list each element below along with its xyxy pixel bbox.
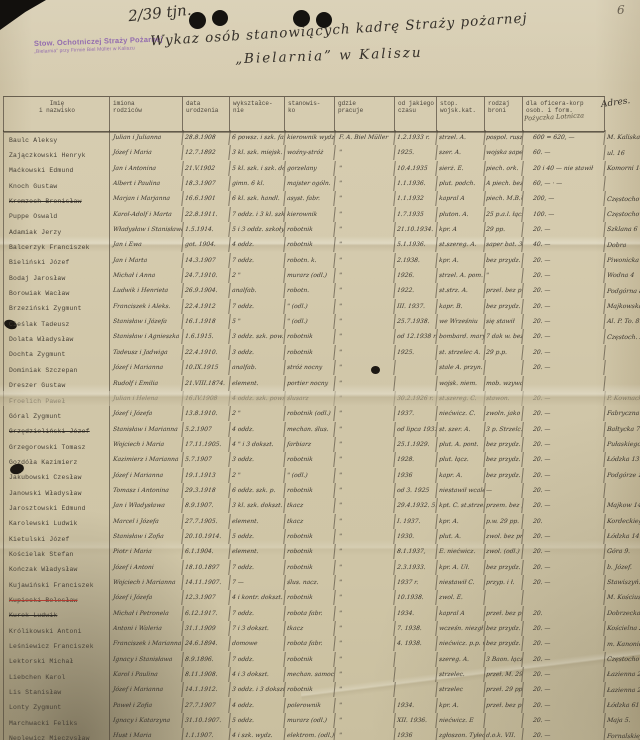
table-row: Kończak Władysław Józef i Antoni 18.10.1… <box>3 560 640 575</box>
workplace-cell: " <box>334 268 396 283</box>
parents-cell: Albert i Paulina <box>109 176 184 191</box>
name-cell: Neplewicz Mieczysław <box>3 728 110 740</box>
arm-type-cell: — <box>484 483 524 498</box>
military-rank-cell: niestawił C. <box>436 575 486 590</box>
table-row: Liebchen Karol Karol i Paulina 8.11.1908… <box>3 667 640 682</box>
arm-type-cell: bez przydz. <box>484 621 524 636</box>
address-cell: Łódzka 13. <box>605 452 640 467</box>
birthdate-cell: 13.8.1910. <box>182 406 231 421</box>
position-cell: robota fabr. <box>284 636 336 651</box>
military-rank-cell: strzelec. <box>436 667 486 682</box>
workplace-cell: " <box>334 345 396 360</box>
military-rank-cell: plut. podch. <box>436 176 486 191</box>
arm-type-cell: bez przydz. <box>484 636 524 651</box>
name-cell: Cieślak Tadeusz <box>3 314 110 329</box>
birthdate-cell: 14.11.1907. <box>182 575 231 590</box>
officer-sum-cell: 20. — <box>522 360 606 375</box>
parents-cell: Ignacy i Katarzyna <box>109 713 184 728</box>
workplace-cell: " <box>334 652 396 667</box>
address-cell: Dobra <box>605 237 640 252</box>
address-cell <box>605 176 640 191</box>
officer-sum-cell: 600 = 620, — <box>522 130 606 145</box>
military-rank-cell: niećwicz. p.p. w. <box>436 636 486 651</box>
birthdate-cell: 24.7.1910. <box>182 268 231 283</box>
parents-cell: Piotr i Maria <box>109 544 184 559</box>
military-rank-cell: wcześn. niezgł. <box>436 621 486 636</box>
table-row: Bodaj Jarosław Michał i Anna 24.7.1910. … <box>3 268 640 283</box>
table-row: Marchwacki Feliks Ignacy i Katarzyna 31.… <box>3 713 640 728</box>
military-rank-cell: niećwicz. E <box>436 713 486 728</box>
since-cell: 25.7.1938. <box>394 314 438 329</box>
military-rank-cell: we Wrześniu <box>436 314 486 329</box>
education-cell: element. <box>229 514 286 529</box>
parents-cell: Jan i Władysława <box>109 498 184 513</box>
workplace-cell: " <box>334 176 396 191</box>
since-cell: 2.3.1933. <box>394 560 438 575</box>
table-row: Jakubowski Czesław Józef i Marianna 19.1… <box>3 468 640 483</box>
table-row: Dreszer Gustaw Rudolf i Emilia 21.VIII.1… <box>3 376 640 391</box>
birthdate-cell: 22.8.1911. <box>182 207 231 222</box>
military-rank-cell: st.szereg. A. <box>436 237 486 252</box>
position-cell: " (odl.) <box>284 314 336 329</box>
since-cell: 1934. <box>394 698 438 713</box>
education-cell: 5 oddz. <box>229 529 286 544</box>
position-cell: woźny-stróż <box>284 145 336 160</box>
since-cell: 4. 1938. <box>394 636 438 651</box>
parents-cell: Jan i Ewa <box>109 237 184 252</box>
parents-cell: Julian i Julianna <box>109 130 184 145</box>
officer-sum-cell: 20. — <box>522 621 606 636</box>
workplace-cell: " <box>334 422 396 437</box>
officer-sum-cell: 60, — · — <box>522 176 606 191</box>
arm-type-cell: przeł. bez przydz. <box>484 606 524 621</box>
parents-cell: Józef i Marianna <box>109 468 184 483</box>
column-header: imiona rodziców <box>110 97 183 131</box>
parents-cell: Marcel i Józefa <box>109 514 184 529</box>
officer-sum-cell: 20. — <box>522 345 606 360</box>
parents-cell: Wojciech i Maria <box>109 437 184 452</box>
birthdate-cell: 8.9.1907. <box>182 498 231 513</box>
address-column-label: Adres. <box>600 96 630 110</box>
scanned-document-page: 2/39 tjn. 6 Stow. Ochotniczej Straży Poż… <box>0 0 640 740</box>
education-cell: 2 " <box>229 468 286 483</box>
position-cell: portier nocny <box>284 376 336 391</box>
table-row: Neplewicz Mieczysław Hust i Maria 1.1.19… <box>3 728 640 740</box>
birthdate-cell: 1.5.1914. <box>182 222 231 237</box>
arm-type-cell: zwoln. jako niezdol. <box>484 406 524 421</box>
birthdate-cell: 16.6.1901 <box>182 191 231 206</box>
arm-type-cell <box>484 360 524 375</box>
parents-cell: Józef i Antoni <box>109 560 184 575</box>
workplace-cell: " <box>334 222 396 237</box>
arm-type-cell: bez przydz. <box>484 560 524 575</box>
workplace-cell: " <box>334 483 396 498</box>
officer-sum-cell: 20. — <box>522 329 606 344</box>
officer-sum-cell: 20. — <box>522 652 606 667</box>
workplace-cell: " <box>334 314 396 329</box>
education-cell: 3 oddz. <box>229 452 286 467</box>
column-header: gdzie pracuje <box>335 97 395 131</box>
position-cell: murarz (odl.) <box>284 713 336 728</box>
since-cell <box>394 652 438 667</box>
workplace-cell: " <box>334 360 396 375</box>
arm-type-cell <box>484 713 524 728</box>
workplace-cell: " <box>334 636 396 651</box>
education-cell: 6 powsz. i szk. fabr. w Niemczech <box>229 130 286 145</box>
table-row: Adamiak Jerzy Władysław i Stanisława 1.5… <box>3 222 640 237</box>
education-cell: 4 " i 3 dokszt. <box>229 437 286 452</box>
column-header: Imię i nazwisko <box>3 97 110 131</box>
military-rank-cell: szereg. A. <box>436 652 486 667</box>
name-cell: Maćkowski Edmund <box>3 161 110 176</box>
name-cell: Grzegorowski Tomasz <box>3 437 110 452</box>
education-cell: analfab. <box>229 360 286 375</box>
education-cell: 4 oddz. <box>229 237 286 252</box>
birthdate-cell: 31.1.1909 <box>182 621 231 636</box>
workplace-cell: " <box>334 376 396 391</box>
name-cell: Kończak Władysław <box>3 560 110 575</box>
officer-sum-cell: 200, — <box>522 191 606 206</box>
address-cell: Al. P. To. 8. <box>605 314 640 329</box>
officer-sum-cell: 20. — <box>522 483 606 498</box>
education-cell: 2 " <box>229 268 286 283</box>
education-cell: 5 i 3 oddz. szkoły <box>229 222 286 237</box>
arm-type-cell: mob. wzywać <box>484 376 524 391</box>
address-cell: Bałtycka 7 <box>605 422 640 437</box>
workplace-cell: " <box>334 621 396 636</box>
table-row: Kościelak Stefan Piotr i Maria 6.1.1904.… <box>3 544 640 559</box>
position-cell: mechan. ślus. <box>284 422 336 437</box>
birthdate-cell: 6.12.1917. <box>182 606 231 621</box>
education-cell: 7 oddz. i 3 kl. szk. handl. <box>229 207 286 222</box>
officer-sum-cell: 20. — <box>522 698 606 713</box>
military-rank-cell: st. szer. A. <box>436 422 486 437</box>
name-cell: Dominiak Szczepan <box>3 360 110 375</box>
workplace-cell: " <box>334 529 396 544</box>
position-cell: kierownik <box>284 207 336 222</box>
parents-cell: Józef i Marianna <box>109 360 184 375</box>
table-row: Karolewski Ludwik Marcel i Józefa 27.7.1… <box>3 514 640 529</box>
arm-type-cell: 3 p. Strzelc. Konnych <box>484 422 524 437</box>
name-cell: Dolata Władysław <box>3 329 110 344</box>
military-rank-cell: niestawił wcale <box>436 483 486 498</box>
workplace-cell: " <box>334 145 396 160</box>
birthdate-cell: 1.6.1915. <box>182 329 231 344</box>
hole-punch-dot <box>212 10 228 26</box>
officer-sum-cell: 20. — <box>522 222 606 237</box>
address-cell: Majkow 14 <box>605 498 640 513</box>
arm-type-cell: się stawił <box>484 314 524 329</box>
officer-sum-cell: 20. — <box>522 498 606 513</box>
address-cell: M. Kościuszki 3 <box>605 590 640 605</box>
birthdate-cell: 17.11.1905. <box>182 437 231 452</box>
table-row: Dolata Władysław Stanisław i Agnieszka 1… <box>3 329 640 344</box>
since-cell: 10.1938. <box>394 590 438 605</box>
since-cell: 1936 <box>394 468 438 483</box>
table-row: Dochta Zygmunt Tadeusz i Jadwiga 22.4.19… <box>3 345 640 360</box>
since-cell <box>394 682 438 697</box>
birthdate-cell: 5.7.1907 <box>182 452 231 467</box>
military-rank-cell: st. strzelec A. <box>436 345 486 360</box>
since-cell: XII. 1936. <box>394 713 438 728</box>
position-cell: " (odl.) <box>284 468 336 483</box>
since-cell: 25.1.1929. <box>394 437 438 452</box>
officer-sum-cell: 20. — <box>522 667 606 682</box>
name-cell: Kurek LudwikKról Tadeusz <box>3 606 110 621</box>
position-cell: robotnik (odl.) <box>284 406 336 421</box>
since-cell: 1936 <box>394 728 438 740</box>
address-cell: Dobrzecka 8. <box>605 606 640 621</box>
birthdate-cell: 21.VIII.1874. <box>182 376 231 391</box>
column-header: stanowis- ko <box>285 97 335 131</box>
arm-type-cell: A piech. bez przydz. <box>484 176 524 191</box>
table-row: Borowiak Wacław Ludwik i Henrieta 26.9.1… <box>3 283 640 298</box>
education-cell: 4 i 3 dokszt. <box>229 667 286 682</box>
name-cell: Lektorski Michał <box>3 652 110 667</box>
arm-type-cell: zwol. bez przydz. <box>484 529 524 544</box>
education-cell: 5 " <box>229 314 286 329</box>
officer-sum-cell <box>522 376 606 391</box>
arm-type-cell: przeł. bez przydz. <box>484 698 524 713</box>
name-cell: Dochta Zygmunt <box>3 345 110 360</box>
officer-sum-cell: 20. — <box>522 452 606 467</box>
position-cell: asyst. fabr. <box>284 191 336 206</box>
education-cell: 6 kl. szk. handl. <box>229 191 286 206</box>
birthdate-cell: 16.IV.1908 <box>182 391 231 406</box>
education-cell: 4 oddz. <box>229 422 286 437</box>
officer-sum-cell: 60. — <box>522 145 606 160</box>
officer-sum-cell: 20. — <box>522 437 606 452</box>
military-rank-cell: plut. A. pont. <box>436 437 486 452</box>
workplace-cell: " <box>334 299 396 314</box>
parents-cell: Jan i Marta <box>109 253 184 268</box>
workplace-cell: " <box>334 575 396 590</box>
workplace-cell: " <box>334 713 396 728</box>
address-cell: Wodna 4 <box>605 268 640 283</box>
education-cell: 3 oddz. i 3 dokszt. <box>229 682 286 697</box>
military-rank-cell: kapr. A. <box>436 468 486 483</box>
military-rank-cell: kapral A <box>436 606 486 621</box>
name-cell: Brzeziński Zygmunt <box>3 299 110 314</box>
birthdate-cell: 28.8.1908 <box>182 130 231 145</box>
birthdate-cell: 8.9.1896. <box>182 652 231 667</box>
name-cell: Dreszer Gustaw <box>3 376 110 391</box>
military-rank-cell: strzelec <box>436 682 486 697</box>
military-rank-cell: kpr. A <box>436 222 486 237</box>
position-cell: robotnik <box>284 560 336 575</box>
table-row: Królikowski Antoni Antoni i Waleria 31.1… <box>3 621 640 636</box>
name-cell: Zajączkowski Henryk <box>3 145 110 160</box>
position-cell: robotnik <box>284 222 336 237</box>
address-cell: Częstochow. <box>605 207 640 222</box>
arm-type-cell: przyp. i ł. <box>484 575 524 590</box>
birthdate-cell: 10.IX.1915 <box>182 360 231 375</box>
table-row: Leśniewicz Franciszek Franciszek i Maria… <box>3 636 640 651</box>
education-cell: 2 " <box>229 406 286 421</box>
address-cell: Maja 5. <box>605 713 640 728</box>
address-cell: Piwonicka 2 <box>605 253 640 268</box>
parents-cell: Tadeusz i Jadwiga <box>109 345 184 360</box>
table-row: Froelich Paweł Julian i Helena 16.IV.190… <box>3 391 640 406</box>
arm-type-cell: bez przydz. mob. <box>484 468 524 483</box>
table-row: Knoch Gustaw Albert i Paulina 18.3.1907 … <box>3 176 640 191</box>
birthdate-cell: 24.6.1894. <box>182 636 231 651</box>
arm-type-cell: piech. ork. <box>484 161 524 176</box>
since-cell: 2.1938. <box>394 253 438 268</box>
address-cell <box>605 345 640 360</box>
parents-cell: Antoni i Waleria <box>109 621 184 636</box>
parents-cell: Tomasz i Antonina <box>109 483 184 498</box>
birthdate-cell: 18.10.1897 <box>182 560 231 575</box>
name-cell: Knoch Gustaw <box>3 176 110 191</box>
address-cell: Łódzka 61 <box>605 698 640 713</box>
arm-type-cell: 7 dak w. bez przydział <box>484 329 524 344</box>
position-cell: robotn. k. <box>284 253 336 268</box>
address-cell: Majkowska 15 <box>605 299 640 314</box>
education-cell: 7 oddz. <box>229 253 286 268</box>
officer-sum-cell: 20. — <box>522 314 606 329</box>
military-rank-cell: strzel. A. pom. <box>436 268 486 283</box>
table-row: Kujawiński Franciszek Wojciech i Mariann… <box>3 575 640 590</box>
officer-sum-cell: 20. — <box>522 253 606 268</box>
birthdate-cell: 19.1.1913 <box>182 468 231 483</box>
since-cell: 7. 1938. <box>394 621 438 636</box>
military-rank-cell: szer. A. <box>436 145 486 160</box>
address-cell: Podgórze 13 <box>605 468 640 483</box>
officer-sum-cell: 20. — <box>522 560 606 575</box>
birthdate-cell: 14.1.1912. <box>182 682 231 697</box>
name-cell: Kietulski Józef <box>3 529 110 544</box>
table-row: Baulc Aleksy Julian i Julianna 28.8.1908… <box>3 130 640 145</box>
military-rank-cell: kapr. B. <box>436 299 486 314</box>
arm-type-cell: przem. bez przydz. <box>484 498 524 513</box>
position-cell: tkacz <box>284 621 336 636</box>
workplace-cell: " <box>334 161 396 176</box>
address-cell: Pułaskiego 15. <box>605 437 640 452</box>
name-cell: Królikowski Antoni <box>3 621 110 636</box>
table-row: Kietulski Józef Stanisław i Zofia 20.10.… <box>3 529 640 544</box>
officer-sum-cell: 20. — <box>522 422 606 437</box>
birthdate-cell: 12.3.1907 <box>182 590 231 605</box>
military-rank-cell: zwol. E. <box>436 590 486 605</box>
education-cell: 4 oddz. <box>229 698 286 713</box>
position-cell: robota fabr. <box>284 606 336 621</box>
workplace-cell: " <box>334 237 396 252</box>
parents-cell: Ludwik i Henrieta <box>109 283 184 298</box>
since-cell: III. 1937. <box>394 299 438 314</box>
since-cell: 8.1.1937, <box>394 544 438 559</box>
position-cell: polerownik <box>284 698 336 713</box>
military-rank-cell: kpr. A. Uł. <box>436 560 486 575</box>
education-cell: 3 kl. szk. miejsk. <box>229 145 286 160</box>
address-cell <box>605 376 640 391</box>
parents-cell: Józef i Józefa <box>109 590 184 605</box>
workplace-cell: " <box>334 283 396 298</box>
since-cell: 1.1.1936. <box>394 176 438 191</box>
workplace-cell: " <box>334 253 396 268</box>
military-rank-cell: plut. A. <box>436 529 486 544</box>
education-cell: 4 oddz. szk. powsz. <box>229 391 286 406</box>
education-cell: element. <box>229 376 286 391</box>
workplace-cell: " <box>334 452 396 467</box>
address-cell: M. Kaliska <box>605 130 640 145</box>
name-cell: Marchwacki Feliks <box>3 713 110 728</box>
position-cell: robotnik <box>284 529 336 544</box>
education-cell: 7 oddz. <box>229 560 286 575</box>
address-cell: P. Kownacki <box>605 391 640 406</box>
name-cell: Balcerzyk Franciszek <box>3 237 110 252</box>
since-cell: 1.1.1932 <box>394 191 438 206</box>
table-row: Kremzoch BronisławFrącz Mieczysław Marja… <box>3 191 640 206</box>
education-cell: gimn. 6 kl. <box>229 176 286 191</box>
birthdate-cell: 5.2.1907 <box>182 422 231 437</box>
military-rank-cell: st.strz. A. <box>436 283 486 298</box>
education-cell: 6 oddz. szk. p. <box>229 483 286 498</box>
workplace-cell: " <box>334 437 396 452</box>
military-rank-cell: kpr. A. <box>436 253 486 268</box>
since-cell <box>394 360 438 375</box>
address-cell: Częstochow. <box>605 191 640 206</box>
workplace-cell: " <box>334 728 396 740</box>
name-cell: Gozdóła Kazimierz <box>3 452 110 467</box>
officer-sum-cell: 20. — <box>522 406 606 421</box>
table-row: Kupiecki Bolesław Józef i Józefa 12.3.19… <box>3 590 640 605</box>
education-cell: 7 oddz. <box>229 606 286 621</box>
address-cell: m. Kanonicka 7 <box>605 636 640 651</box>
arm-type-cell: 29 pp. <box>484 222 524 237</box>
arm-type-cell: 29 p.p. <box>484 345 524 360</box>
birthdate-cell: 27.7.1907 <box>182 698 231 713</box>
officer-sum-cell: 20. <box>522 514 606 529</box>
table-row: Bieliński Józef Jan i Marta 14.3.1907 7 … <box>3 253 640 268</box>
parents-cell: Hust i Maria <box>109 728 184 740</box>
since-cell: 1925. <box>394 145 438 160</box>
birthdate-cell: 31.10.1907. <box>182 713 231 728</box>
torn-corner <box>0 0 46 30</box>
name-cell: Kujawiński Franciszek <box>3 575 110 590</box>
workplace-cell: " <box>334 391 396 406</box>
officer-sum-cell: 20. — <box>522 682 606 697</box>
birthdate-cell: 29.3.1918 <box>182 483 231 498</box>
since-cell: 30.2.1926 r. <box>394 391 438 406</box>
parents-cell: Michał i Petronela <box>109 606 184 621</box>
address-cell: Komorni 14 <box>605 161 640 176</box>
arm-type-cell: bez przydz. <box>484 437 524 452</box>
table-row: Grzędzieliński Józef Stanisław i Mariann… <box>3 422 640 437</box>
since-cell: 1.2.1933 r. <box>394 130 438 145</box>
arm-type-cell: " <box>484 268 524 283</box>
address-cell: Góra 9. <box>605 544 640 559</box>
military-rank-cell: kpr. A. <box>436 514 486 529</box>
name-cell: Jarosztowski Edmund <box>3 498 110 513</box>
table-row: Lonty Zygmunt Paweł i Zofia 27.7.1907 4 … <box>3 698 640 713</box>
file-reference-number: 2/39 tjn. <box>127 1 192 26</box>
position-cell: " (odl.) <box>284 299 336 314</box>
position-cell: robotnik <box>284 682 336 697</box>
since-cell: 1.7.1935 <box>394 207 438 222</box>
name-cell: Góral Zygmunt <box>3 406 110 421</box>
military-rank-cell: niećwicz. C. <box>436 406 486 421</box>
parents-cell: Franciszek i Marianna <box>109 636 184 651</box>
name-cell: Jakubowski Czesław <box>3 468 110 483</box>
since-cell: 1930. <box>394 529 438 544</box>
address-cell: Stawiszyń. 15 <box>605 575 640 590</box>
address-cell: Podgórna 8. <box>605 283 640 298</box>
education-cell: 4 i kontr. dokszt. <box>229 590 286 605</box>
table-row: Puppe Oswald Karol-Adolf i Marta 22.8.19… <box>3 207 640 222</box>
position-cell: elektrom. (odl.) <box>284 728 336 740</box>
column-header: rodzaj broni <box>485 97 523 131</box>
